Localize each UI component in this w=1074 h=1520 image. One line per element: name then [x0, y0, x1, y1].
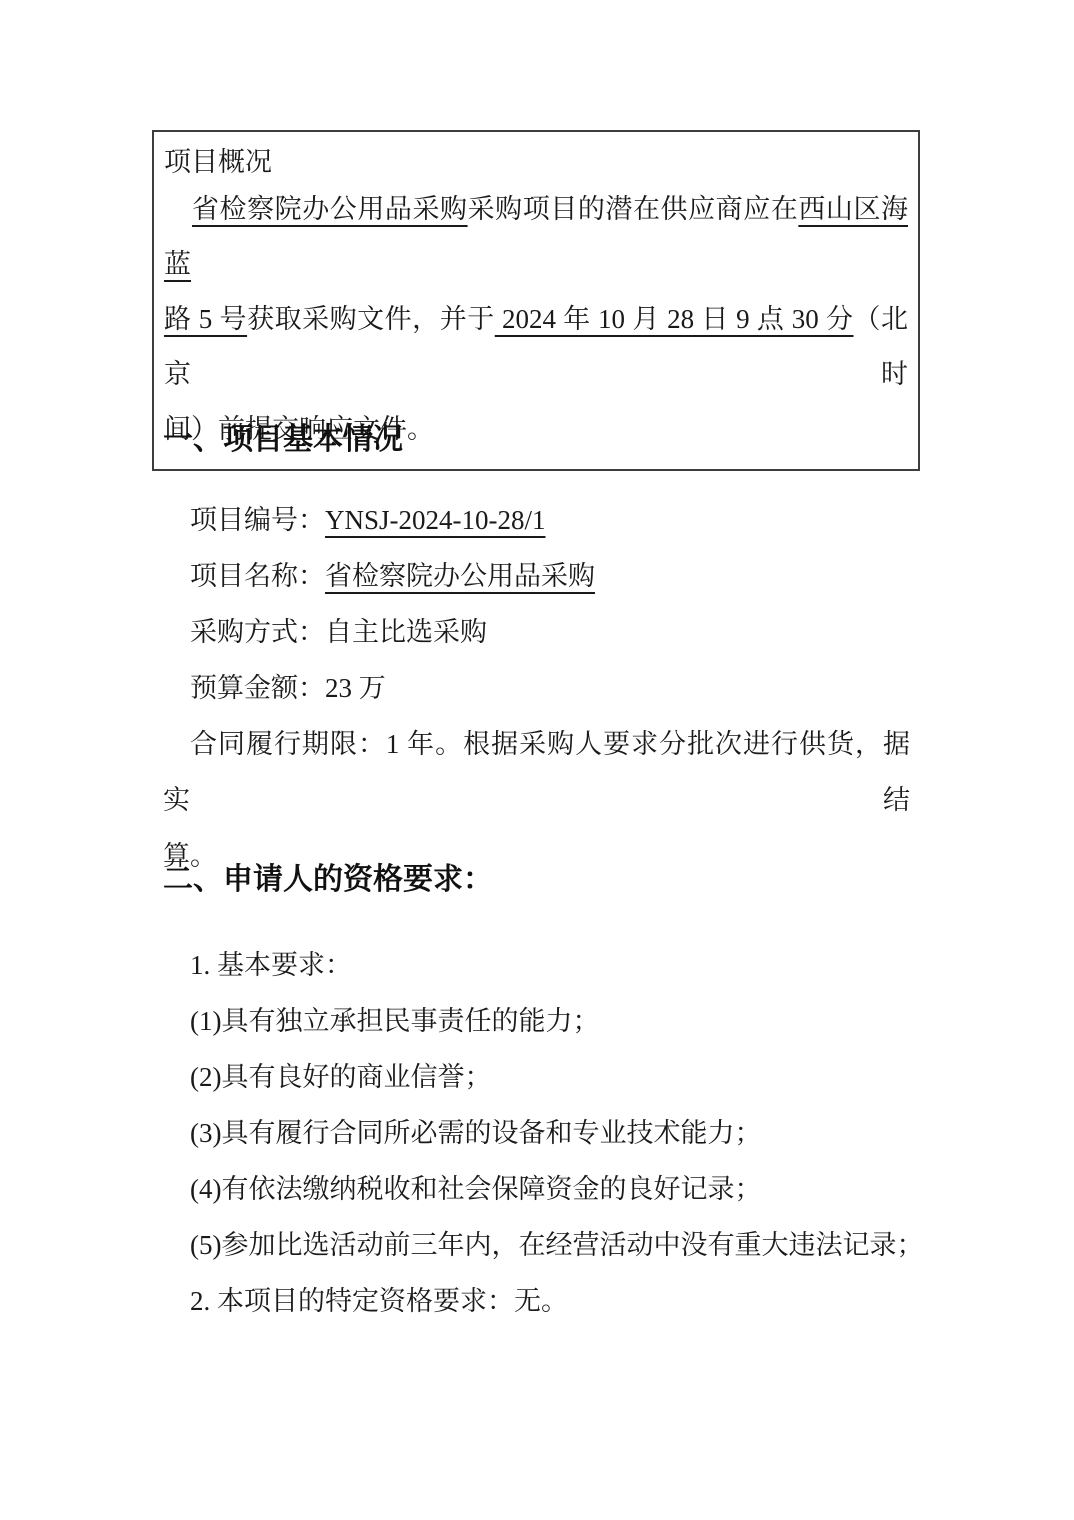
field-project-number-label: 项目编号： [190, 505, 325, 535]
overview-line2-middle: 获取采购文件，并于 [247, 304, 495, 334]
field-budget-amount-value: 23 万 [325, 673, 386, 703]
qualification-item-5: (5)参加比选活动前三年内，在经营活动中没有重大违法记录； [163, 1217, 910, 1273]
qualification-item-1: (1)具有独立承担民事责任的能力； [163, 993, 910, 1049]
document-page: 项目概况 省检察院办公用品采购采购项目的潜在供应商应在西山区海蓝 路 5 号获取… [0, 0, 1074, 1520]
field-project-number: 项目编号：YNSJ-2024-10-28/1 [163, 492, 910, 548]
field-project-name-value: 省检察院办公用品采购 [325, 561, 595, 591]
project-overview-box: 项目概况 省检察院办公用品采购采购项目的潜在供应商应在西山区海蓝 路 5 号获取… [152, 130, 920, 471]
section2-heading: 二、申请人的资格要求： [163, 865, 910, 895]
field-project-number-value: YNSJ-2024-10-28/1 [325, 505, 546, 535]
deadline-underlined: 2024 年 10 月 28 日 9 点 30 分 [495, 304, 854, 334]
overview-paragraph-line-2: 路 5 号获取采购文件，并于 2024 年 10 月 28 日 9 点 30 分… [164, 292, 908, 402]
overview-box-title: 项目概况 [164, 142, 908, 182]
field-project-name: 项目名称：省检察院办公用品采购 [163, 548, 910, 604]
field-budget-amount: 预算金额：23 万 [163, 660, 910, 716]
section1-heading: 一、项目基本情况 [163, 425, 910, 455]
qualification-item-2: (2)具有良好的商业信誉； [163, 1049, 910, 1105]
section1-body: 项目编号：YNSJ-2024-10-28/1 项目名称：省检察院办公用品采购 采… [163, 492, 910, 884]
contract-term-line-1: 合同履行期限：1 年。根据采购人要求分批次进行供货，据实结 [163, 716, 910, 828]
qualification-item-3: (3)具有履行合同所必需的设备和专业技术能力； [163, 1105, 910, 1161]
qualification-item-basic-header: 1. 基本要求： [163, 937, 910, 993]
overview-line1-middle: 采购项目的潜在供应商应在 [468, 194, 799, 224]
qualification-item-4: (4)有依法缴纳税收和社会保障资金的良好记录； [163, 1161, 910, 1217]
field-budget-amount-label: 预算金额： [190, 673, 325, 703]
field-procurement-method-label: 采购方式： [190, 617, 325, 647]
overview-paragraph-line-1: 省检察院办公用品采购采购项目的潜在供应商应在西山区海蓝 [164, 182, 908, 292]
location-underlined-part2: 路 5 号 [164, 304, 247, 334]
section2-body: 1. 基本要求： (1)具有独立承担民事责任的能力； (2)具有良好的商业信誉；… [163, 937, 910, 1329]
qualification-item-specific: 2. 本项目的特定资格要求：无。 [163, 1273, 910, 1329]
field-procurement-method-value: 自主比选采购 [325, 617, 487, 647]
field-project-name-label: 项目名称： [190, 561, 325, 591]
project-name-underlined: 省检察院办公用品采购 [192, 194, 468, 224]
field-procurement-method: 采购方式：自主比选采购 [163, 604, 910, 660]
